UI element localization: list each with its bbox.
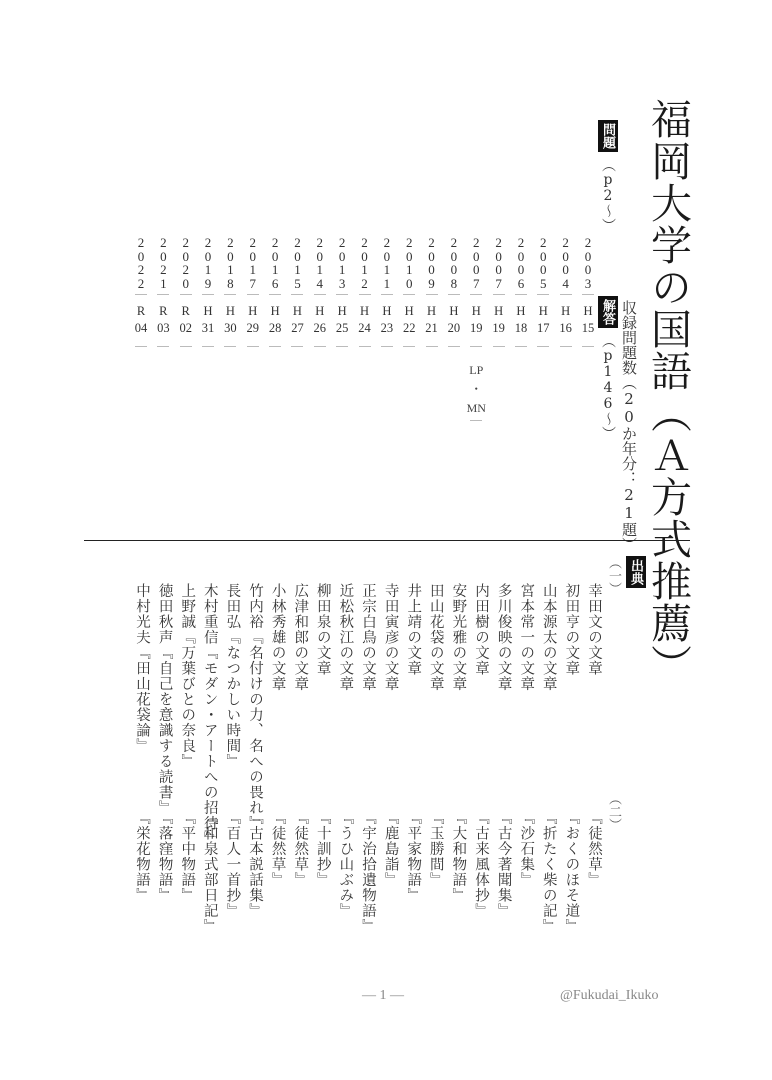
source-entry: 正宗白鳥の文章 [357,583,377,692]
year-column: 2 0 2 1R03 [153,236,173,347]
era-dash [135,346,147,347]
source-entry: 柳田泉の文章 [312,583,332,676]
year-dash [560,294,572,295]
era-year: 26 [310,320,330,337]
section-one-mark: （一） [604,556,623,595]
source-entry: 長田弘『なつかしい時間』 [221,583,241,769]
year-value: 2 0 1 9 [198,236,218,290]
era-label: H [489,303,509,320]
year-column: 2 0 1 2H24 [355,236,375,347]
era-dash [202,346,214,347]
source-entry: 中村光夫『田山花袋論』 [131,583,151,754]
source-entry: 竹内裕『名付けの力、名への畏れ』 [244,583,264,831]
era-year: 30 [220,320,240,337]
era-dash [180,346,192,347]
era-dash [403,346,415,347]
year-value: 2 0 1 1 [377,236,397,290]
era-label: H [220,303,240,320]
year-dash [157,294,169,295]
era-year: 20 [444,320,464,337]
year-column: 2 0 0 5H17 [533,236,553,347]
year-value: 2 0 0 3 [578,236,598,290]
era-dash [493,346,505,347]
year-value: 2 0 1 6 [265,236,285,290]
era-dash [560,346,572,347]
source-entry: 『十訓抄』 [312,810,332,888]
year-column: 2 0 0 6H18 [511,236,531,347]
year-dash [470,294,482,295]
era-label: H [422,303,442,320]
era-year: 19 [466,320,486,337]
note-line: MN [466,399,486,418]
year-column: 2 0 1 0H22 [399,236,419,347]
source-entry: 『徒然草』 [289,810,309,888]
era-label: R [153,303,173,320]
problems-section: 問題 （p2〜） [598,120,618,232]
era-label: H [578,303,598,320]
era-label: H [332,303,352,320]
year-column: 2 0 0 3H15 [578,236,598,347]
source-entry: 内田樹の文章 [470,583,490,676]
source-entry: 『平中物語』 [176,810,196,903]
era-dash [381,346,393,347]
source-entry: 宮本常一の文章 [515,583,535,692]
source-entry: 初田亨の文章 [560,583,580,676]
sources-label: 出典 [626,556,646,588]
section-divider [84,540,690,541]
page-title: 福岡大学の国語（Ａ方式推薦） [640,98,696,686]
answers-section: 解答 （p146〜） [598,296,618,440]
source-entry: 『百人一首抄』 [221,810,241,919]
year-column: 2 0 0 9H21 [422,236,442,347]
year-dash [493,294,505,295]
source-entry: 山本源太の文章 [538,583,558,692]
source-entry: 近松秋江の文章 [334,583,354,692]
year-column: 2 0 0 4H16 [556,236,576,347]
source-entry: 寺田寅彦の文章 [380,583,400,692]
year-value: 2 0 2 2 [131,236,151,290]
year-column: 2 0 2 0R02 [176,236,196,347]
section-two-mark: （二） [604,792,623,831]
era-dash [314,346,326,347]
year-column: 2 0 1 7H29 [243,236,263,347]
problems-page-ref: （p2〜） [598,158,618,232]
year-column: 2 0 1 9H31 [198,236,218,347]
era-year: 31 [198,320,218,337]
year-column: 2 0 0 7H19 [489,236,509,347]
source-entry: 『和泉式部日記』 [199,810,219,934]
source-entry: 幸田文の文章 [583,583,603,676]
year-value: 2 0 1 8 [220,236,240,290]
page-number: — 1 — [362,988,404,1004]
year-value: 2 0 1 5 [287,236,307,290]
era-year: 23 [377,320,397,337]
era-year: 16 [556,320,576,337]
source-entry: 『徒然草』 [267,810,287,888]
era-year: 19 [489,320,509,337]
year-value: 2 0 0 8 [444,236,464,290]
source-entry: 小林秀雄の文章 [267,583,287,692]
source-entry: 上野誠『万葉びとの奈良』 [176,583,196,769]
era-dash [224,346,236,347]
source-entry: 井上靖の文章 [402,583,422,676]
year-value: 2 0 1 3 [332,236,352,290]
source-entry: 木村重信『モダン・アートへの招待』 [199,583,219,847]
era-label: H [310,303,330,320]
source-entry: 『古来風体抄』 [470,810,490,919]
source-entry: 広津和郎の文章 [289,583,309,692]
era-year: 22 [399,320,419,337]
year-dash [426,294,438,295]
era-year: 15 [578,320,598,337]
year-dash [448,294,460,295]
era-label: H [466,303,486,320]
sources-section: 出典 [626,556,646,588]
year-value: 2 0 1 4 [310,236,330,290]
era-label: H [198,303,218,320]
era-year: 24 [355,320,375,337]
source-entry: 『栄花物語』 [131,810,151,903]
source-entry: 『落窪物語』 [154,810,174,903]
note-line: ・ [466,380,486,399]
year-value: 2 0 0 5 [533,236,553,290]
year-dash [224,294,236,295]
year-column: 2 0 1 6H28 [265,236,285,347]
year-value: 2 0 1 0 [399,236,419,290]
year-column: 2 0 0 7H19LP・MN [466,236,486,421]
year-dash [381,294,393,295]
era-year: 18 [511,320,531,337]
era-dash [269,346,281,347]
source-entry: 『古今著聞集』 [493,810,513,919]
era-dash [359,346,371,347]
problems-label: 問題 [598,120,618,152]
era-year: 21 [422,320,442,337]
year-column: 2 0 1 8H30 [220,236,240,347]
era-year: 29 [243,320,263,337]
problem-count: 収録問題数（20か年分：21題） [618,300,640,552]
year-dash [515,294,527,295]
era-year: 02 [176,320,196,337]
era-year: 27 [287,320,307,337]
source-entry: 『大和物語』 [447,810,467,903]
source-entry: 田山花袋の文章 [425,583,445,692]
era-label: H [444,303,464,320]
era-label: H [556,303,576,320]
era-dash [247,346,259,347]
note-line: LP [466,361,486,380]
era-year: 17 [533,320,553,337]
year-dash [135,294,147,295]
year-value: 2 0 0 9 [422,236,442,290]
era-year: 28 [265,320,285,337]
source-entry: 『沙石集』 [515,810,535,888]
year-column: 2 0 1 4H26 [310,236,330,347]
era-dash [336,346,348,347]
year-dash [336,294,348,295]
year-value: 2 0 0 7 [489,236,509,290]
year-column: 2 0 0 8H20 [444,236,464,347]
era-dash [157,346,169,347]
era-label: H [533,303,553,320]
source-entry: 『おくのほそ道』 [560,810,580,934]
source-entry: 『鹿島詣』 [380,810,400,888]
era-dash [582,346,594,347]
source-entry: 『宇治拾遺物語』 [357,810,377,934]
era-dash [537,346,549,347]
era-label: H [355,303,375,320]
year-value: 2 0 0 4 [556,236,576,290]
answers-label: 解答 [598,296,618,328]
era-label: H [399,303,419,320]
era-label: R [176,303,196,320]
year-column: 2 0 1 1H23 [377,236,397,347]
era-label: H [265,303,285,320]
era-year: 03 [153,320,173,337]
year-value: 2 0 0 6 [511,236,531,290]
era-dash [448,346,460,347]
author-handle: @Fukudai_Ikuko [560,988,658,1004]
era-label: H [243,303,263,320]
answers-page-ref: （p146〜） [598,334,618,440]
year-dash [180,294,192,295]
year-dash [269,294,281,295]
year-value: 2 0 0 7 [466,236,486,290]
year-value: 2 0 2 0 [176,236,196,290]
source-entry: 徳田秋声『自己を意識する読書』 [154,583,174,816]
year-dash [359,294,371,295]
era-year: 25 [332,320,352,337]
year-value: 2 0 1 2 [355,236,375,290]
era-label: H [287,303,307,320]
era-year: 04 [131,320,151,337]
source-entry: 『徒然草』 [583,810,603,888]
source-entry: 『玉勝間』 [425,810,445,888]
year-value: 2 0 2 1 [153,236,173,290]
era-label: R [131,303,151,320]
source-entry: 『古本説話集』 [244,810,264,919]
year-dash [314,294,326,295]
year-value: 2 0 1 7 [243,236,263,290]
year-column: 2 0 1 3H25 [332,236,352,347]
era-dash [470,346,482,347]
year-column: 2 0 2 2R04 [131,236,151,347]
source-entry: 安野光雅の文章 [447,583,467,692]
year-dash [291,294,303,295]
era-dash [515,346,527,347]
year-dash [403,294,415,295]
note-dash [470,420,482,421]
year-column: 2 0 1 5H27 [287,236,307,347]
source-entry: 『折たく柴の記』 [538,810,558,934]
era-dash [291,346,303,347]
era-label: H [511,303,531,320]
year-dash [537,294,549,295]
year-note: LP・MN [466,361,486,421]
year-dash [202,294,214,295]
year-dash [582,294,594,295]
source-entry: 多川俊映の文章 [493,583,513,692]
year-dash [247,294,259,295]
source-entry: 『うひ山ぶみ』 [334,810,354,919]
source-entry: 『平家物語』 [402,810,422,903]
era-dash [426,346,438,347]
era-label: H [377,303,397,320]
